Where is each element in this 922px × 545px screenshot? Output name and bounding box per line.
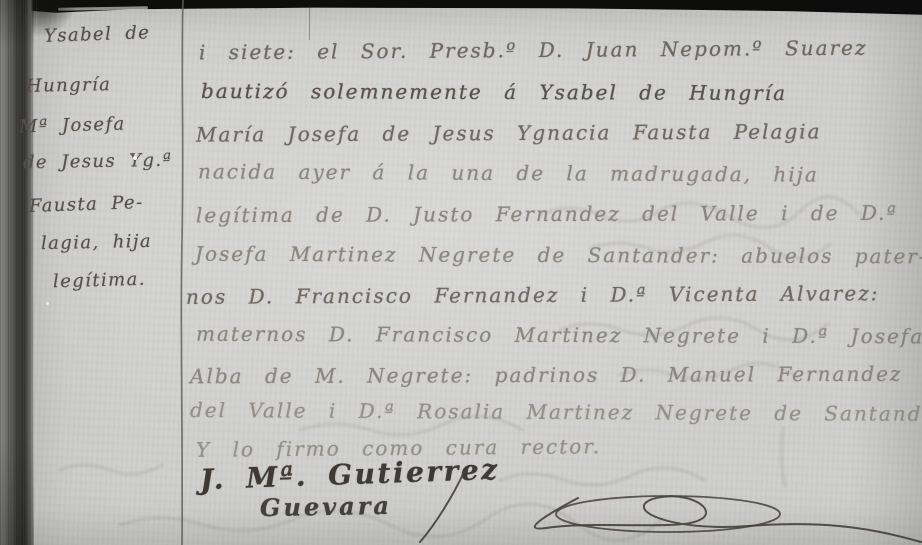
register-page-scan: Ysabel de Hungría Mª Josefa de Jesus Yg.…: [0, 0, 922, 545]
margin-note-line: lagia, hija: [41, 231, 152, 254]
body-line: bautizó solemnemente á Ysabel de Hungría: [201, 79, 787, 105]
paper-crease: [309, 4, 310, 40]
body-line: Alba de M. Negrete: padrinos D. Manuel F…: [190, 362, 903, 388]
paper-speck: [46, 302, 49, 305]
margin-note-line: Hungría: [26, 74, 112, 97]
body-line: legítima de D. Justo Fernandez del Valle…: [196, 201, 898, 227]
paper-speck: [133, 156, 137, 160]
margin-note-line: legítima.: [53, 269, 146, 293]
body-line: Josefa Martinez Negrete de Santander: ab…: [195, 242, 922, 269]
body-line: maternos D. Francisco Martinez Negrete i…: [196, 322, 922, 349]
body-line: del Valle i D.ª Rosalia Martinez Negrete…: [190, 398, 922, 426]
body-line: nos D. Francisco Fernandez i D.ª Vicenta…: [186, 281, 880, 309]
margin-note-line: Ysabel de: [44, 22, 151, 47]
signature-flourish: [368, 468, 922, 545]
margin-note-line: de Jesus Yg.ª: [23, 150, 173, 174]
margin-rule-line: [176, 0, 188, 545]
body-line: María Josefa de Jesus Ygnacia Fausta Pel…: [196, 119, 822, 146]
body-line: i siete: el Sor. Presb.º D. Juan Nepom.º…: [199, 36, 868, 65]
margin-note-line: Fausta Pe-: [29, 192, 144, 217]
margin-note-line: Mª Josefa: [19, 114, 126, 138]
body-line: nacida ayer á la una de la madrugada, hi…: [198, 159, 819, 186]
